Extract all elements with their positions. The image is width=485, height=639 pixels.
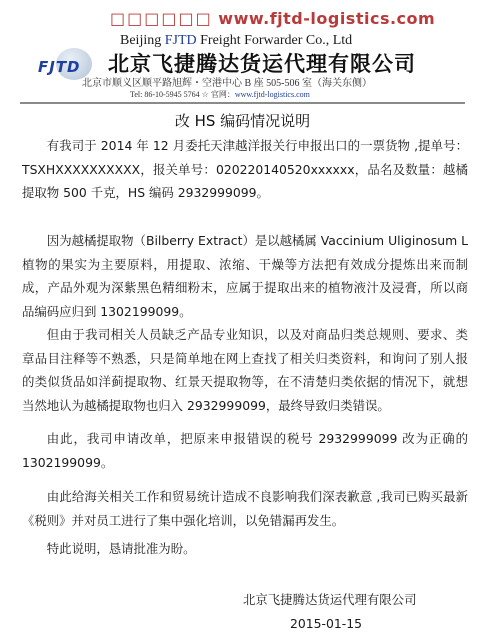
paragraph-3: 但由于我司相关人员缺乏产品专业知识，以及对商品归类总规则、要求、类章品目注释等不… (22, 323, 468, 417)
tel-label: Tel: 86-10-5945 5764 ☆ 官网： (130, 90, 235, 99)
paragraph-4: 由此，我司申请改单，把原来申报错误的税号 2932999099 改为正确的 13… (22, 427, 468, 474)
paragraph-5: 由此给海关相关工作和贸易统计造成不良影响我们深表歉意 ,我司已购买最新《税则》并… (22, 485, 468, 532)
logo-wordmark: FJTD (38, 58, 81, 76)
paragraph-1: 有我司于 2014 年 12 月委托天津越洋报关行申报出口的一票货物 ,提单号：… (22, 134, 468, 205)
document-title: 改 HS 编码情况说明 (0, 110, 485, 131)
banner-url[interactable]: www.fjtd-logistics.com (218, 9, 435, 28)
website-link[interactable]: www.fjtd-logistics.com (235, 90, 310, 99)
company-contact: Tel: 86-10-5945 5764 ☆ 官网：www.fjtd-logis… (130, 89, 310, 100)
signature-date: 2015-01-15 (290, 616, 362, 631)
paragraph-2: 因为越橘提取物（Bilberry Extract）是以越橘属 Vaccinium… (22, 229, 468, 323)
banner-placeholder-glyphs: □□□□□□ (110, 9, 213, 28)
paragraph-6: 特此说明，恳请批准为盼。 (22, 537, 468, 561)
company-address: 北京市顺义区顺平路旭辉・空港中心 B 座 505-506 室（海关东侧） (82, 74, 372, 89)
signature-company: 北京飞捷腾达货运代理有限公司 (243, 590, 416, 608)
header-banner: □□□□□□ www.fjtd-logistics.com (110, 9, 435, 28)
header-divider (20, 102, 465, 104)
company-english-name: Beijing FJTD Freight Forwarder Co., Ltd (120, 33, 352, 49)
company-abbr: FJTD (165, 33, 197, 48)
